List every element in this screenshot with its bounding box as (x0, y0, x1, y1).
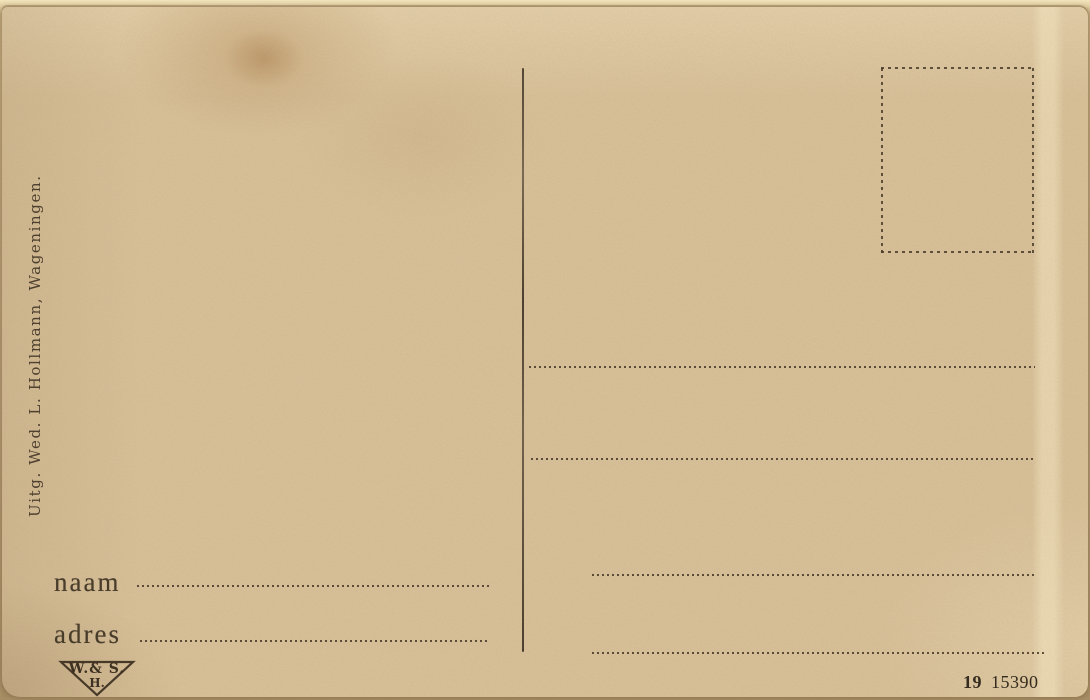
scanned-postcard-back: Uitg. Wed. L. Hollmann, Wageningen. naam… (0, 0, 1090, 700)
address-dotted-line-4 (592, 652, 1044, 654)
address-dotted-line-left (140, 640, 488, 642)
logo-bottom-text: H. (89, 676, 105, 690)
stamp-box (881, 67, 1034, 253)
address-dotted-line-1 (529, 366, 1035, 368)
printer-logo: W.& S. H. (58, 654, 136, 698)
serial-value: 15390 (991, 672, 1039, 692)
serial-number: 1915390 (963, 672, 1039, 693)
center-divider-line (522, 68, 524, 652)
publisher-imprint: Uitg. Wed. L. Hollmann, Wageningen. (26, 187, 48, 517)
name-dotted-line (137, 585, 491, 587)
name-label: naam (54, 567, 120, 598)
address-dotted-line-3 (592, 574, 1036, 576)
logo-top-text: W.& S. (68, 661, 125, 677)
serial-prefix: 19 (963, 672, 982, 692)
address-dotted-line-2 (531, 458, 1036, 460)
address-label: adres (54, 619, 121, 650)
postcard-paper: Uitg. Wed. L. Hollmann, Wageningen. naam… (2, 7, 1088, 697)
